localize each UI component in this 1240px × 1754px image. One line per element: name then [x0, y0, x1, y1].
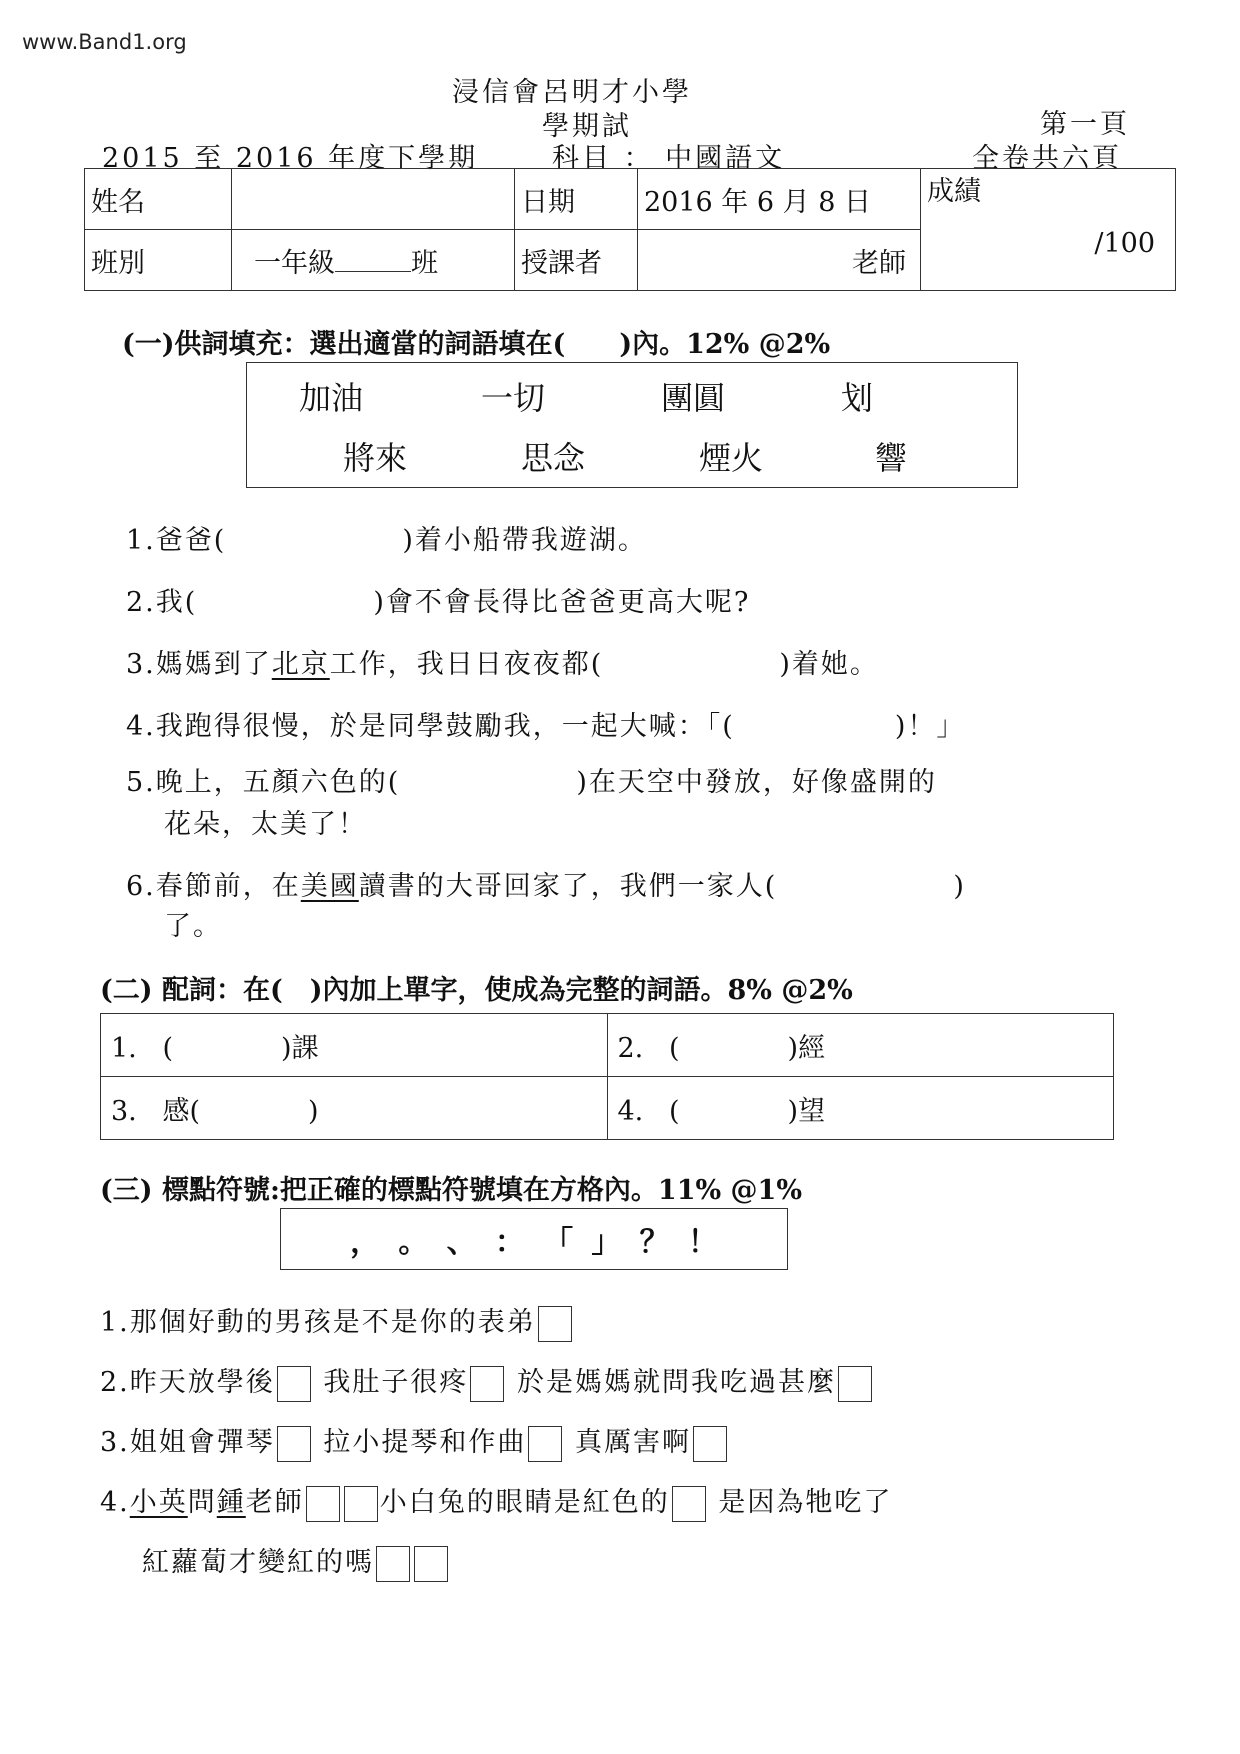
pair-item-2[interactable]: 2. ( )經	[607, 1014, 1114, 1077]
word-bank-item: 團圓	[661, 373, 841, 419]
word-bank-item: 思念	[521, 433, 699, 479]
punct-box[interactable]	[414, 1546, 448, 1582]
punct-symbol: 「	[543, 1217, 573, 1261]
name-field[interactable]	[232, 169, 515, 230]
pair-item-4[interactable]: 4. ( )望	[607, 1077, 1114, 1140]
s1-question-5: 5.晚上，五顏六色的()在天空中發放，好像盛開的	[126, 760, 937, 799]
pair-item-3[interactable]: 3. 感( )	[101, 1077, 608, 1140]
s3-question-4: 4.小英問鍾老師小白兔的眼睛是紅色的 是因為牠吃了	[100, 1480, 892, 1522]
word-bank: 加油 一切 團圓 划 將來 思念 煙火 響	[246, 362, 1018, 488]
teacher-field[interactable]: 老師	[638, 230, 921, 291]
punct-symbol: 、	[447, 1217, 477, 1261]
class-suffix: 班	[411, 248, 438, 279]
s1-question-2: 2.我()會不會長得比爸爸更高大呢?	[126, 580, 750, 619]
punct-symbol: 。	[398, 1217, 428, 1261]
punct-box[interactable]	[376, 1546, 410, 1582]
word-bank-item: 划	[841, 373, 873, 419]
word-bank-item: 煙火	[699, 433, 875, 479]
punct-box[interactable]	[528, 1426, 562, 1462]
punct-box[interactable]	[693, 1426, 727, 1462]
section3-title: (三) 標點符號:把正確的標點符號填在方格內。11% @1%	[100, 1168, 802, 1207]
score-label: 成績	[927, 169, 1169, 208]
word-bank-item: 響	[875, 433, 907, 479]
punct-symbol: ？	[640, 1217, 670, 1261]
class-field[interactable]: 一年級班	[232, 230, 515, 291]
punct-box[interactable]	[277, 1426, 311, 1462]
word-bank-item: 將來	[343, 433, 521, 479]
punct-symbol: 」	[591, 1217, 621, 1261]
watermark: www.Band1.org	[22, 30, 187, 54]
punct-box[interactable]	[344, 1486, 378, 1522]
punct-box[interactable]	[470, 1366, 504, 1402]
s1-question-3: 3.媽媽到了北京工作，我日日夜夜都()着她。	[126, 642, 879, 681]
section2-title: (二) 配詞：在( )內加上單字，使成為完整的詞語。8% @2%	[100, 968, 853, 1007]
s3-question-2: 2.昨天放學後 我肚子很疼 於是媽媽就問我吃過甚麼	[100, 1360, 874, 1402]
s1-question-4: 4.我跑得很慢，於是同學鼓勵我，一起大喊：「()！」	[126, 704, 965, 743]
date-label: 日期	[515, 169, 638, 230]
s1-question-1: 1.爸爸()着小船帶我遊湖。	[126, 518, 647, 557]
punct-symbol: ！	[688, 1217, 718, 1261]
s3-question-3: 3.姐姐會彈琴 拉小提琴和作曲 真厲害啊	[100, 1420, 729, 1462]
class-prefix: 一年級	[254, 248, 335, 279]
punctuation-bank: ， 。 、 ： 「 」 ？ ！	[280, 1208, 788, 1270]
punct-box[interactable]	[672, 1486, 706, 1522]
s3-question-1: 1.那個好動的男孩是不是你的表弟	[100, 1300, 574, 1342]
s1-question-6: 6.春節前，在美國讀書的大哥回家了，我們一家人()	[126, 864, 966, 903]
word-bank-item: 加油	[299, 373, 481, 419]
teacher-label: 授課者	[515, 230, 638, 291]
word-pair-table: 1. ( )課 2. ( )經 3. 感( ) 4. ( )望	[100, 1013, 1114, 1140]
section1-title: (一)供詞填充：選出適當的詞語填在( )內。12% @2%	[122, 322, 830, 361]
word-bank-item: 一切	[481, 373, 661, 419]
teacher-suffix: 老師	[852, 248, 906, 279]
punct-symbol: ，	[350, 1217, 380, 1261]
s1-question-5-line2: 花朵，太美了！	[164, 802, 367, 841]
punct-symbol: ：	[495, 1217, 525, 1261]
punct-box[interactable]	[538, 1306, 572, 1342]
s3-question-4-line2: 紅蘿蔔才變紅的嗎	[142, 1540, 450, 1582]
date-value: 2016 年 6 月 8 日	[638, 169, 921, 230]
punct-box[interactable]	[277, 1366, 311, 1402]
score-cell[interactable]: 成績 /100	[921, 169, 1176, 291]
student-info-table: 姓名 日期 2016 年 6 月 8 日 成績 /100 班別 一年級班 授課者…	[84, 168, 1176, 291]
pair-item-1[interactable]: 1. ( )課	[101, 1014, 608, 1077]
name-label: 姓名	[85, 169, 232, 230]
score-total: /100	[927, 228, 1169, 259]
punct-box[interactable]	[306, 1486, 340, 1522]
class-label: 班別	[85, 230, 232, 291]
s1-question-6-line2: 了。	[164, 904, 222, 943]
punct-box[interactable]	[838, 1366, 872, 1402]
